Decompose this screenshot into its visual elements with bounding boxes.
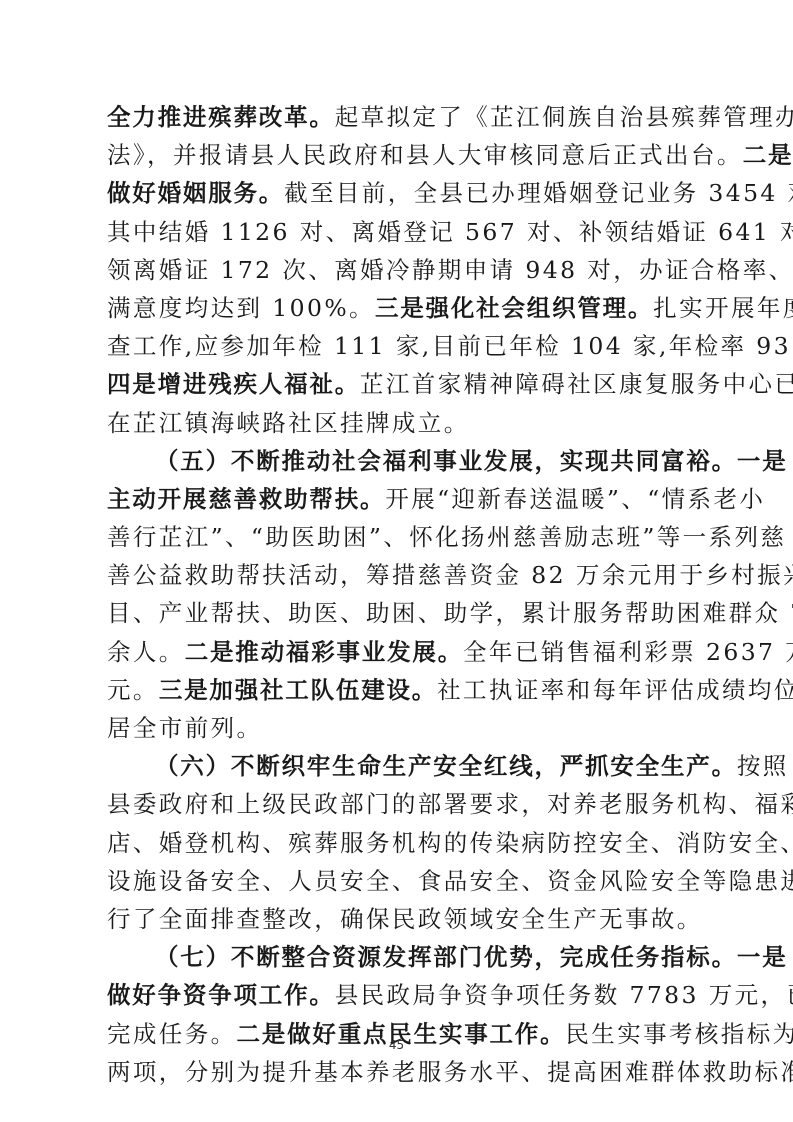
body-text: 余人。: [107, 638, 185, 666]
bold-heading-text: （七）不断整合资源发挥部门优势，完成任务指标。一是: [155, 943, 788, 971]
text-line: 法》，并报请县人民政府和县人大审核同意后正式出台。二是: [107, 136, 682, 174]
page-number: 45: [0, 1038, 793, 1052]
text-line: 领离婚证 172 次、离婚冷静期申请 948 对，办证合格率、群众: [107, 251, 682, 289]
bold-heading-text: 全力推进殡葬改革。: [107, 103, 335, 131]
text-line: 其中结婚 1126 对、离婚登记 567 对、补领结婚证 641 对、补: [107, 213, 682, 251]
bold-heading-text: 主动开展慈善救助帮扶。: [107, 485, 385, 513]
body-text: 县民政局争资争项任务数 7783 万元，已: [335, 981, 793, 1009]
body-text: 善公益救助帮扶活动，筹措慈善资金 82 万余元用于乡村振兴项: [107, 561, 793, 589]
body-text: 芷江首家精神障碍社区康复服务中心已: [360, 370, 793, 398]
body-text: 在芷江镇海峡路社区挂牌成立。: [107, 409, 470, 437]
text-line: 善行芷江”、“助医助困”、怀化扬州慈善励志班”等一系列慈: [107, 518, 682, 556]
body-text: 善行芷江”、“助医助困”、怀化扬州慈善励志班”等一系列慈: [107, 523, 786, 551]
text-line: 店、婚登机构、殡葬服务机构的传染病防控安全、消防安全、: [107, 824, 682, 862]
body-text: 元。: [107, 676, 159, 704]
body-text: 起草拟定了《芷江侗族自治县殡葬管理办: [335, 103, 793, 131]
body-text: 按照: [737, 752, 789, 780]
text-line: 在芷江镇海峡路社区挂牌成立。: [107, 404, 682, 442]
body-text: 行了全面排查整改，确保民政领域安全生产无事故。: [107, 905, 703, 933]
bold-heading-text: （六）不断织牢生命生产安全红线，严抓安全生产。: [155, 752, 737, 780]
bold-heading-text: （五）不断推动社会福利事业发展，实现共同富裕。一是: [155, 447, 788, 475]
text-line: 元。三是加强社工队伍建设。社工执证率和每年评估成绩均位: [107, 671, 682, 709]
body-text: 两项，分别为提升基本养老服务水平、提高困难群体救助标准，: [107, 1058, 793, 1086]
bold-heading-text: 三是加强社工队伍建设。: [159, 676, 437, 704]
bold-heading-text: 二是: [743, 141, 793, 169]
text-line: 居全市前列。: [107, 709, 682, 747]
bold-heading-text: 三是强化社会组织管理。: [375, 294, 653, 322]
text-line: 满意度均达到 100%。三是强化社会组织管理。扎实开展年度检: [107, 289, 682, 327]
body-text: 居全市前列。: [107, 714, 262, 742]
bold-heading-text: 做好婚姻服务。: [107, 179, 284, 207]
text-line: 做好婚姻服务。截至目前，全县已办理婚姻登记业务 3454 对，: [107, 174, 682, 212]
body-text: 开展“迎新春送温暖”、“情系老小: [385, 485, 765, 513]
text-line: （五）不断推动社会福利事业发展，实现共同富裕。一是: [107, 442, 682, 480]
body-text: 目、产业帮扶、助医、助困、助学，累计服务帮助困难群众 700: [107, 599, 793, 627]
text-line: 全力推进殡葬改革。起草拟定了《芷江侗族自治县殡葬管理办: [107, 98, 682, 136]
body-text: 查工作,应参加年检 111 家,目前已年检 104 家,年检率 93.7%。: [107, 332, 793, 360]
bold-heading-text: 四是增进残疾人福祉。: [107, 370, 360, 398]
text-line: 行了全面排查整改，确保民政领域安全生产无事故。: [107, 900, 682, 938]
body-text: 法》，并报请县人民政府和县人大审核同意后正式出台。: [107, 141, 743, 169]
body-text: 全年已销售福利彩票 2637 万: [463, 638, 793, 666]
body-text: 其中结婚 1126 对、离婚登记 567 对、补领结婚证 641 对、补: [107, 218, 793, 246]
body-text: 扎实开展年度检: [653, 294, 793, 322]
text-line: 善公益救助帮扶活动，筹措慈善资金 82 万余元用于乡村振兴项: [107, 556, 682, 594]
text-line: 设施设备安全、人员安全、食品安全、资金风险安全等隐患进: [107, 862, 682, 900]
text-line: 县委政府和上级民政部门的部署要求，对养老服务机构、福彩: [107, 785, 682, 823]
bold-heading-text: 做好争资争项工作。: [107, 981, 335, 1009]
text-line: 主动开展慈善救助帮扶。开展“迎新春送温暖”、“情系老小: [107, 480, 682, 518]
body-text: 截至目前，全县已办理婚姻登记业务 3454 对，: [284, 179, 793, 207]
text-line: 查工作,应参加年检 111 家,目前已年检 104 家,年检率 93.7%。: [107, 327, 682, 365]
text-line: （七）不断整合资源发挥部门优势，完成任务指标。一是: [107, 938, 682, 976]
body-text: 领离婚证 172 次、离婚冷静期申请 948 对，办证合格率、群众: [107, 256, 793, 284]
text-line: 余人。二是推动福彩事业发展。全年已销售福利彩票 2637 万: [107, 633, 682, 671]
document-body: 全力推进殡葬改革。起草拟定了《芷江侗族自治县殡葬管理办法》，并报请县人民政府和县…: [107, 98, 682, 1091]
bold-heading-text: 二是推动福彩事业发展。: [185, 638, 463, 666]
text-line: 目、产业帮扶、助医、助困、助学，累计服务帮助困难群众 700: [107, 594, 682, 632]
body-text: 设施设备安全、人员安全、食品安全、资金风险安全等隐患进: [107, 867, 793, 895]
text-line: 四是增进残疾人福祉。芷江首家精神障碍社区康复服务中心已: [107, 365, 682, 403]
body-text: 社工执证率和每年评估成绩均位: [437, 676, 793, 704]
body-text: 店、婚登机构、殡葬服务机构的传染病防控安全、消防安全、: [107, 829, 793, 857]
body-text: 满意度均达到 100%。: [107, 294, 375, 322]
text-line: 做好争资争项工作。县民政局争资争项任务数 7783 万元，已: [107, 976, 682, 1014]
text-line: 两项，分别为提升基本养老服务水平、提高困难群体救助标准，: [107, 1053, 682, 1091]
text-line: （六）不断织牢生命生产安全红线，严抓安全生产。按照: [107, 747, 682, 785]
body-text: 县委政府和上级民政部门的部署要求，对养老服务机构、福彩: [107, 790, 793, 818]
